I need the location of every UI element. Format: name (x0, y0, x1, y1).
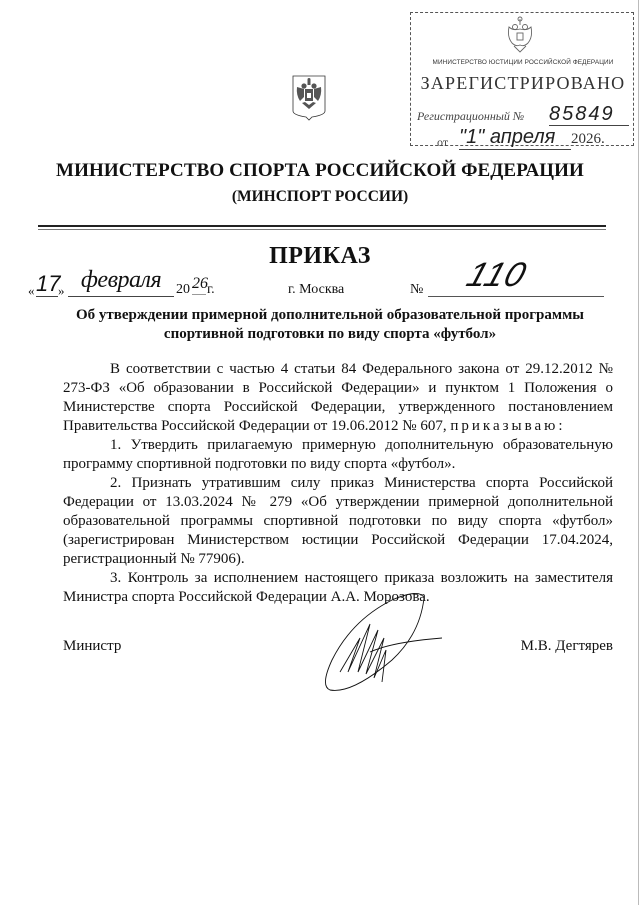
header-divider-thin (38, 229, 606, 230)
quote-close: » (58, 283, 65, 299)
stamp-date-prefix: от (437, 135, 448, 150)
command-word: приказываю: (450, 418, 565, 434)
order-number-label: № (410, 282, 423, 298)
stamp-registration-label: Регистрационный № (417, 109, 524, 124)
ministry-short-name: (МИНСПОРТ РОССИИ) (0, 188, 640, 206)
handwritten-signature-icon (312, 590, 442, 700)
signatory-name: М.В. Дегтярев (521, 638, 613, 655)
order-date-line: « 17 » февраля 20 26 г. г. Москва № 110 (28, 272, 618, 300)
order-item-1: 1. Утвердить прилагаемую примерную допол… (63, 436, 613, 474)
coat-of-arms-icon (503, 15, 537, 55)
order-day: 17 (36, 272, 58, 297)
subject-line-2: спортивной подготовки по виду спорта «фу… (60, 325, 600, 344)
ministry-full-name: МИНИСТЕРСТВО СПОРТА РОССИЙСКОЙ ФЕДЕРАЦИИ (0, 160, 640, 182)
order-year-suffix: 26 (192, 274, 206, 295)
order-year-prefix: 20 (176, 282, 190, 298)
order-number-underline (428, 296, 604, 297)
order-year-unit: г. (207, 282, 215, 298)
coat-of-arms-icon (292, 75, 326, 121)
stamp-date-handwritten: "1" апреля (459, 125, 571, 150)
order-item-2: 2. Признать утратившим силу приказ Минис… (63, 474, 613, 569)
stamp-registration-number: 85849 (549, 103, 629, 126)
stamp-ministry-name: МИНИСТЕРСТВО ЮСТИЦИИ РОССИЙСКОЙ ФЕДЕРАЦИ… (417, 59, 629, 66)
stamp-date-year: 2026. (571, 131, 605, 148)
registration-stamp: МИНИСТЕРСТВО ЮСТИЦИИ РОССИЙСКОЙ ФЕДЕРАЦИ… (410, 12, 634, 146)
order-number: 110 (462, 256, 532, 295)
quote-open: « (28, 283, 35, 299)
order-body: В соответствии с частью 4 статьи 84 Феде… (63, 360, 613, 607)
stamp-registered-title: ЗАРЕГИСТРИРОВАНО (411, 73, 635, 94)
page-edge (638, 0, 639, 905)
signatory-position: Министр (63, 638, 121, 655)
order-subject: Об утверждении примерной дополнительной … (60, 306, 600, 344)
preamble-paragraph: В соответствии с частью 4 статьи 84 Феде… (63, 360, 613, 436)
header-divider (38, 225, 606, 227)
order-city: г. Москва (288, 282, 344, 298)
order-month: февраля (68, 264, 174, 297)
subject-line-1: Об утверждении примерной дополнительной … (60, 306, 600, 325)
